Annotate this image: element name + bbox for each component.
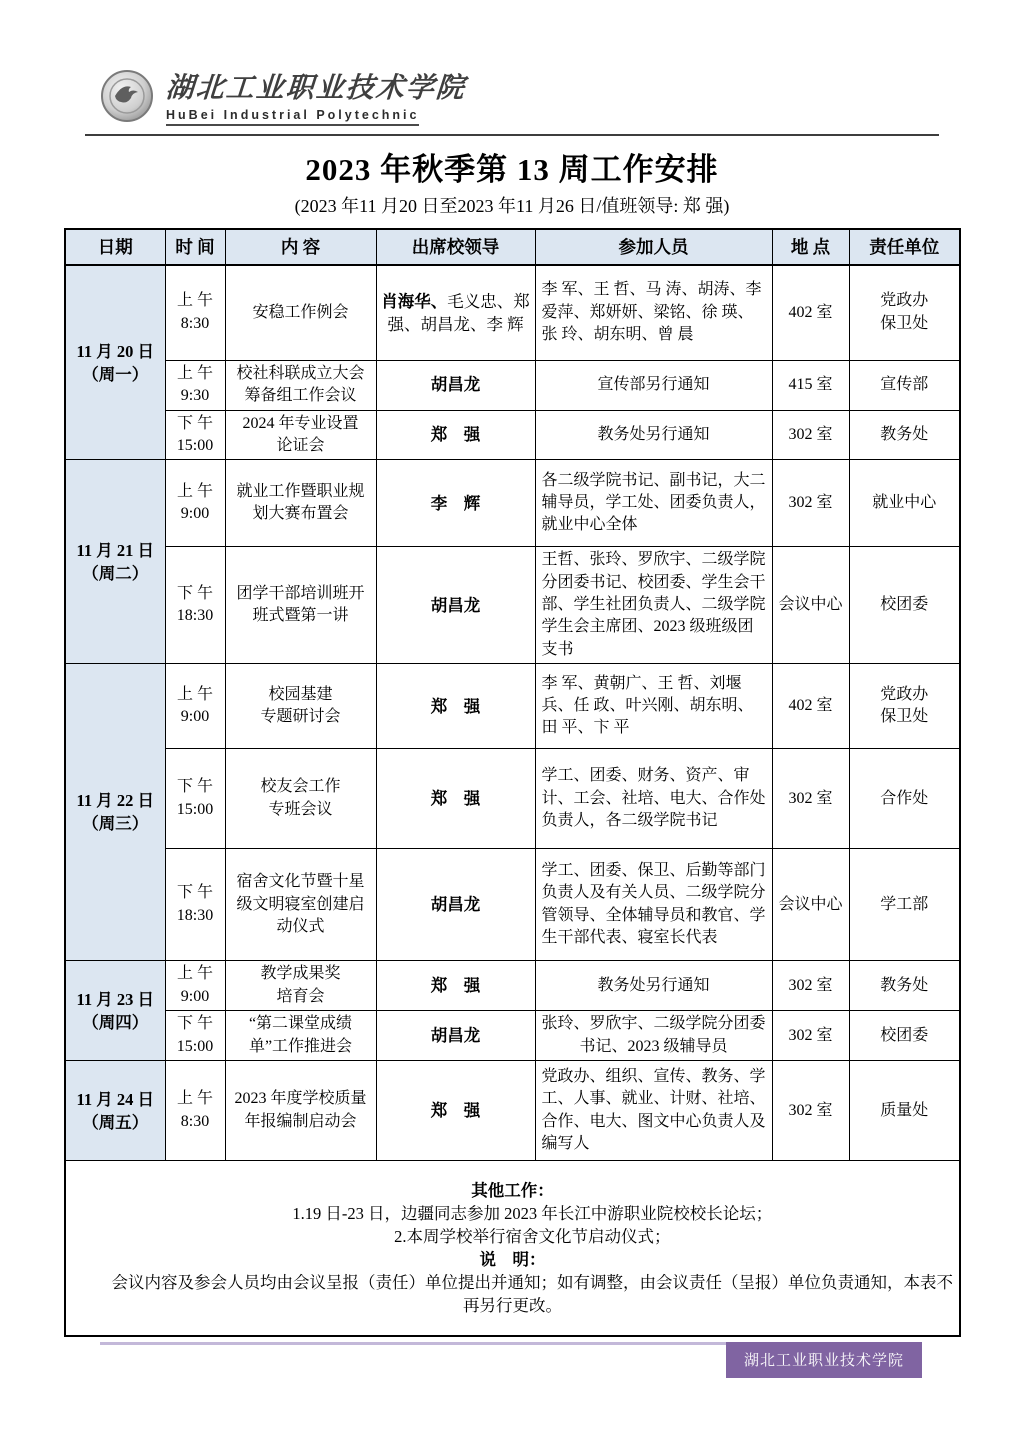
cell-participants: 教务处另行通知	[535, 410, 772, 460]
cell-leaders: 郑 强	[376, 961, 535, 1011]
time-period: 下 午	[170, 1013, 221, 1035]
time-period: 上 午	[170, 481, 221, 503]
time-clock: 15:00	[170, 799, 221, 821]
time-clock: 15:00	[170, 435, 221, 457]
document-page: 湖北工业职业技术学院 HuBei Industrial Polytechnic …	[0, 0, 1024, 1448]
school-logo-header: 湖北工业职业技术学院 HuBei Industrial Polytechnic	[100, 66, 1024, 126]
cell-date-friday: 11 月 24 日（周五）	[65, 1061, 165, 1161]
cell-content: 安稳工作例会	[225, 265, 376, 360]
cell-content: 校社科联成立大会筹备组工作会议	[225, 360, 376, 410]
cell-leaders: 郑 强	[376, 410, 535, 460]
col-header-leaders: 出席校领导	[376, 229, 535, 265]
cell-location: 402 室	[772, 265, 849, 360]
other-work-item: 1.19 日-23 日，边疆同志参加 2023 年长江中游职业院校校长论坛；	[70, 1202, 955, 1225]
cell-participants: 学工、团委、保卫、后勤等部门负责人及有关人员、二级学院分管领导、全体辅导员和教官…	[535, 849, 772, 961]
notes-section: 其他工作： 1.19 日-23 日，边疆同志参加 2023 年长江中游职业院校校…	[65, 1161, 960, 1336]
col-header-participants: 参加人员	[535, 229, 772, 265]
cell-unit: 教务处	[849, 410, 960, 460]
cell-unit: 校团委	[849, 1011, 960, 1061]
page-footer: 湖北工业职业技术学院	[100, 1342, 922, 1378]
cell-content: 2024 年专业设置 论证会	[225, 410, 376, 460]
time-clock: 9:00	[170, 706, 221, 728]
leader-name-bold: 胡昌龙	[431, 895, 481, 914]
other-work-title: 其他工作：	[70, 1179, 955, 1202]
time-clock: 9:00	[170, 986, 221, 1008]
cell-leaders: 李 辉	[376, 460, 535, 547]
time-period: 下 午	[170, 776, 221, 798]
cell-time: 上 午8:30	[165, 265, 225, 360]
cell-unit: 党政办 保卫处	[849, 664, 960, 749]
footer-school-badge: 湖北工业职业技术学院	[726, 1342, 922, 1378]
cell-content: 2023 年度学校质量年报编制启动会	[225, 1061, 376, 1161]
cell-participants: 各二级学院书记、副书记，大二辅导员，学工处、团委负责人，就业中心全体	[535, 460, 772, 547]
table-row: 11 月 23 日（周四） 上 午9:00 教学成果奖 培育会 郑 强 教务处另…	[65, 961, 960, 1011]
date-label: 11 月 21 日	[70, 539, 161, 562]
cell-unit: 质量处	[849, 1061, 960, 1161]
date-label: 11 月 22 日	[70, 789, 161, 812]
cell-time: 上 午9:00	[165, 460, 225, 547]
leader-name-bold: 郑 强	[431, 697, 481, 716]
time-period: 上 午	[170, 963, 221, 985]
schedule-table: 日期 时 间 内 容 出席校领导 参加人员 地 点 责任单位 11 月 20 日…	[64, 228, 961, 1337]
leader-name-bold: 郑 强	[431, 425, 481, 444]
table-row: 下 午15:00 “第二课堂成绩单”工作推进会 胡昌龙 张玲、罗欣宇、二级学院分…	[65, 1011, 960, 1061]
time-clock: 18:30	[170, 905, 221, 927]
cell-location: 302 室	[772, 961, 849, 1011]
time-period: 上 午	[170, 363, 221, 385]
header-divider	[85, 134, 939, 136]
cell-participants: 宣传部另行通知	[535, 360, 772, 410]
cell-location: 会议中心	[772, 849, 849, 961]
footer-divider	[100, 1342, 726, 1345]
cell-location: 302 室	[772, 749, 849, 849]
table-row: 下 午18:30 团学干部培训班开班式暨第一讲 胡昌龙 王哲、张玲、罗欣宇、二级…	[65, 547, 960, 664]
cell-date-monday: 11 月 20 日（周一）	[65, 265, 165, 460]
page-title: 2023 年秋季第 13 周工作安排	[0, 144, 1024, 189]
cell-time: 上 午9:00	[165, 664, 225, 749]
cell-participants: 教务处另行通知	[535, 961, 772, 1011]
date-label: 11 月 20 日	[70, 340, 161, 363]
cell-time: 上 午8:30	[165, 1061, 225, 1161]
leader-name-bold: 胡昌龙	[431, 1026, 481, 1045]
cell-time: 上 午9:00	[165, 961, 225, 1011]
table-header-row: 日期 时 间 内 容 出席校领导 参加人员 地 点 责任单位	[65, 229, 960, 265]
table-row: 上 午9:30 校社科联成立大会筹备组工作会议 胡昌龙 宣传部另行通知 415 …	[65, 360, 960, 410]
cell-location: 302 室	[772, 1011, 849, 1061]
cell-participants: 李 军、王 哲、马 涛、胡涛、李爱萍、郑妍妍、梁铭、徐 瑛、张 玲、胡东明、曾 …	[535, 265, 772, 360]
cell-leaders: 郑 强	[376, 749, 535, 849]
cell-unit: 合作处	[849, 749, 960, 849]
col-header-location: 地 点	[772, 229, 849, 265]
cell-leaders: 郑 强	[376, 664, 535, 749]
time-period: 下 午	[170, 882, 221, 904]
notes-row: 其他工作： 1.19 日-23 日，边疆同志参加 2023 年长江中游职业院校校…	[65, 1161, 960, 1336]
cell-date-tuesday: 11 月 21 日（周二）	[65, 460, 165, 664]
remark-title: 说 明：	[70, 1248, 955, 1271]
cell-content: 教学成果奖 培育会	[225, 961, 376, 1011]
cell-time: 下 午18:30	[165, 849, 225, 961]
cell-time: 上 午9:30	[165, 360, 225, 410]
time-clock: 18:30	[170, 605, 221, 627]
leader-name-bold: 郑 强	[431, 976, 481, 995]
leader-name-bold: 郑 强	[431, 789, 481, 808]
cell-time: 下 午15:00	[165, 410, 225, 460]
cell-unit: 就业中心	[849, 460, 960, 547]
date-label: 11 月 24 日	[70, 1088, 161, 1111]
school-name-en: HuBei Industrial Polytechnic	[166, 108, 419, 126]
time-clock: 8:30	[170, 313, 221, 335]
cell-participants: 党政办、组织、宣传、教务、学工、人事、就业、计财、社培、合作、电大、图文中心负责…	[535, 1061, 772, 1161]
time-clock: 15:00	[170, 1036, 221, 1058]
school-name-cn: 湖北工业职业技术学院	[165, 66, 468, 106]
weekday-label: （周五）	[70, 1111, 161, 1134]
leader-name-bold: 胡昌龙	[431, 375, 481, 394]
cell-location: 会议中心	[772, 547, 849, 664]
cell-leaders: 胡昌龙	[376, 360, 535, 410]
col-header-content: 内 容	[225, 229, 376, 265]
cell-date-thursday: 11 月 23 日（周四）	[65, 961, 165, 1061]
cell-unit: 学工部	[849, 849, 960, 961]
cell-location: 415 室	[772, 360, 849, 410]
cell-content: 团学干部培训班开班式暨第一讲	[225, 547, 376, 664]
cell-content: “第二课堂成绩单”工作推进会	[225, 1011, 376, 1061]
col-header-unit: 责任单位	[849, 229, 960, 265]
remark-body: 会议内容及参会人员均由会议呈报（责任）单位提出并通知；如有调整，由会议责任（呈报…	[70, 1271, 955, 1317]
cell-participants: 李 军、黄朝广、王 哲、刘堰兵、任 政、叶兴刚、胡东明、田 平、卞 平	[535, 664, 772, 749]
cell-leaders: 肖海华、毛义忠、郑 强、胡昌龙、李 辉	[376, 265, 535, 360]
table-row: 下 午15:00 2024 年专业设置 论证会 郑 强 教务处另行通知 302 …	[65, 410, 960, 460]
leader-name-bold: 郑 强	[431, 1101, 481, 1120]
cell-location: 302 室	[772, 460, 849, 547]
time-clock: 9:30	[170, 385, 221, 407]
leader-name-bold: 李 辉	[431, 494, 481, 513]
cell-location: 302 室	[772, 410, 849, 460]
leader-name-bold: 胡昌龙	[431, 596, 481, 615]
time-clock: 8:30	[170, 1111, 221, 1133]
cell-leaders: 胡昌龙	[376, 849, 535, 961]
leader-name-bold: 肖海华、	[381, 292, 447, 311]
cell-participants: 王哲、张玲、罗欣宇、二级学院分团委书记、校团委、学生会干部、学生社团负责人、二级…	[535, 547, 772, 664]
cell-location: 302 室	[772, 1061, 849, 1161]
table-row: 11 月 22 日（周三） 上 午9:00 校园基建 专题研讨会 郑 强 李 军…	[65, 664, 960, 749]
weekday-label: （周三）	[70, 812, 161, 835]
table-row: 下 午18:30 宿舍文化节暨十星级文明寝室创建启动仪式 胡昌龙 学工、团委、保…	[65, 849, 960, 961]
cell-content: 就业工作暨职业规划大赛布置会	[225, 460, 376, 547]
cell-location: 402 室	[772, 664, 849, 749]
cell-time: 下 午15:00	[165, 1011, 225, 1061]
cell-time: 下 午15:00	[165, 749, 225, 849]
cell-participants: 张玲、罗欣宇、二级学院分团委书记、2023 级辅导员	[535, 1011, 772, 1061]
cell-content: 宿舍文化节暨十星级文明寝室创建启动仪式	[225, 849, 376, 961]
col-header-time: 时 间	[165, 229, 225, 265]
cell-unit: 教务处	[849, 961, 960, 1011]
cell-content: 校友会工作 专班会议	[225, 749, 376, 849]
school-name-block: 湖北工业职业技术学院 HuBei Industrial Polytechnic	[166, 66, 466, 126]
weekday-label: （周一）	[70, 363, 161, 386]
cell-content: 校园基建 专题研讨会	[225, 664, 376, 749]
cell-leaders: 胡昌龙	[376, 1011, 535, 1061]
weekday-label: （周四）	[70, 1011, 161, 1034]
other-work-item: 2.本周学校举行宿舍文化节启动仪式；	[70, 1225, 955, 1248]
cell-date-wednesday: 11 月 22 日（周三）	[65, 664, 165, 961]
date-label: 11 月 23 日	[70, 988, 161, 1011]
table-row: 11 月 20 日（周一） 上 午8:30 安稳工作例会 肖海华、毛义忠、郑 强…	[65, 265, 960, 360]
table-row: 11 月 24 日（周五） 上 午8:30 2023 年度学校质量年报编制启动会…	[65, 1061, 960, 1161]
cell-unit: 党政办 保卫处	[849, 265, 960, 360]
time-period: 上 午	[170, 1088, 221, 1110]
school-emblem-icon	[100, 69, 154, 123]
page-subtitle: (2023 年11 月20 日至2023 年11 月26 日/值班领导: 郑 强…	[0, 192, 1024, 218]
cell-time: 下 午18:30	[165, 547, 225, 664]
table-row: 11 月 21 日（周二） 上 午9:00 就业工作暨职业规划大赛布置会 李 辉…	[65, 460, 960, 547]
table-row: 下 午15:00 校友会工作 专班会议 郑 强 学工、团委、财务、资产、审计、工…	[65, 749, 960, 849]
weekday-label: （周二）	[70, 562, 161, 585]
cell-unit: 校团委	[849, 547, 960, 664]
time-period: 下 午	[170, 583, 221, 605]
cell-unit: 宣传部	[849, 360, 960, 410]
time-period: 上 午	[170, 290, 221, 312]
cell-leaders: 胡昌龙	[376, 547, 535, 664]
cell-participants: 学工、团委、财务、资产、审计、工会、社培、电大、合作处负责人，各二级学院书记	[535, 749, 772, 849]
cell-leaders: 郑 强	[376, 1061, 535, 1161]
time-period: 下 午	[170, 413, 221, 435]
time-period: 上 午	[170, 684, 221, 706]
col-header-date: 日期	[65, 229, 165, 265]
time-clock: 9:00	[170, 503, 221, 525]
